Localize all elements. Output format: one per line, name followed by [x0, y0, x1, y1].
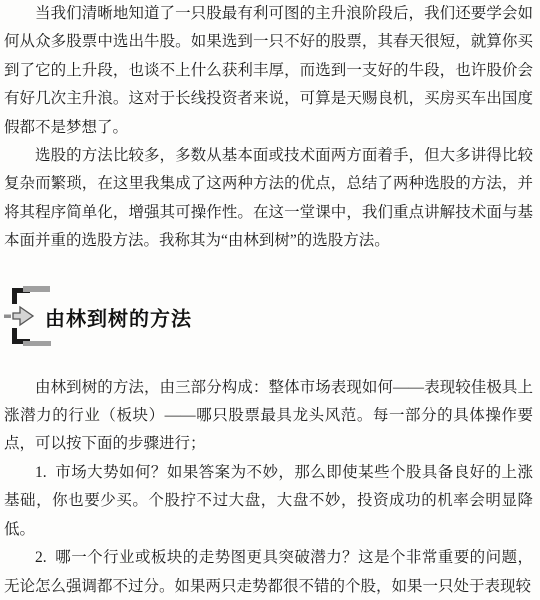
- section-lead-paragraph: 由林到树的方法，由三部分构成：整体市场表现如何——表现较佳极具上涨潜力的行业（板…: [4, 374, 533, 459]
- section-heading-row: 由林到树的方法: [4, 286, 533, 348]
- intro-paragraph-2: 选股的方法比较多，多数从基本面或技术面两方面着手，但大多讲得比较复杂而繁琐，在这…: [4, 142, 533, 256]
- step-paragraph-2: 2. 哪一个行业或板块的走势图更具突破潜力？这是个非常重要的问题，无论怎么强调都…: [4, 544, 533, 600]
- book-page: 当我们清晰地知道了一只股最有利可图的主升浪阶段后，我们还要学会如何从众多股票中选…: [0, 0, 540, 600]
- section-heading: 由林到树的方法: [45, 302, 192, 331]
- step-paragraph-1: 1. 市场大势如何？如果答案为不妙，那么即使某些个股具备良好的上涨基础，你也要少…: [4, 459, 533, 544]
- intro-paragraph-1: 当我们清晰地知道了一只股最有利可图的主升浪阶段后，我们还要学会如何从众多股票中选…: [4, 0, 533, 142]
